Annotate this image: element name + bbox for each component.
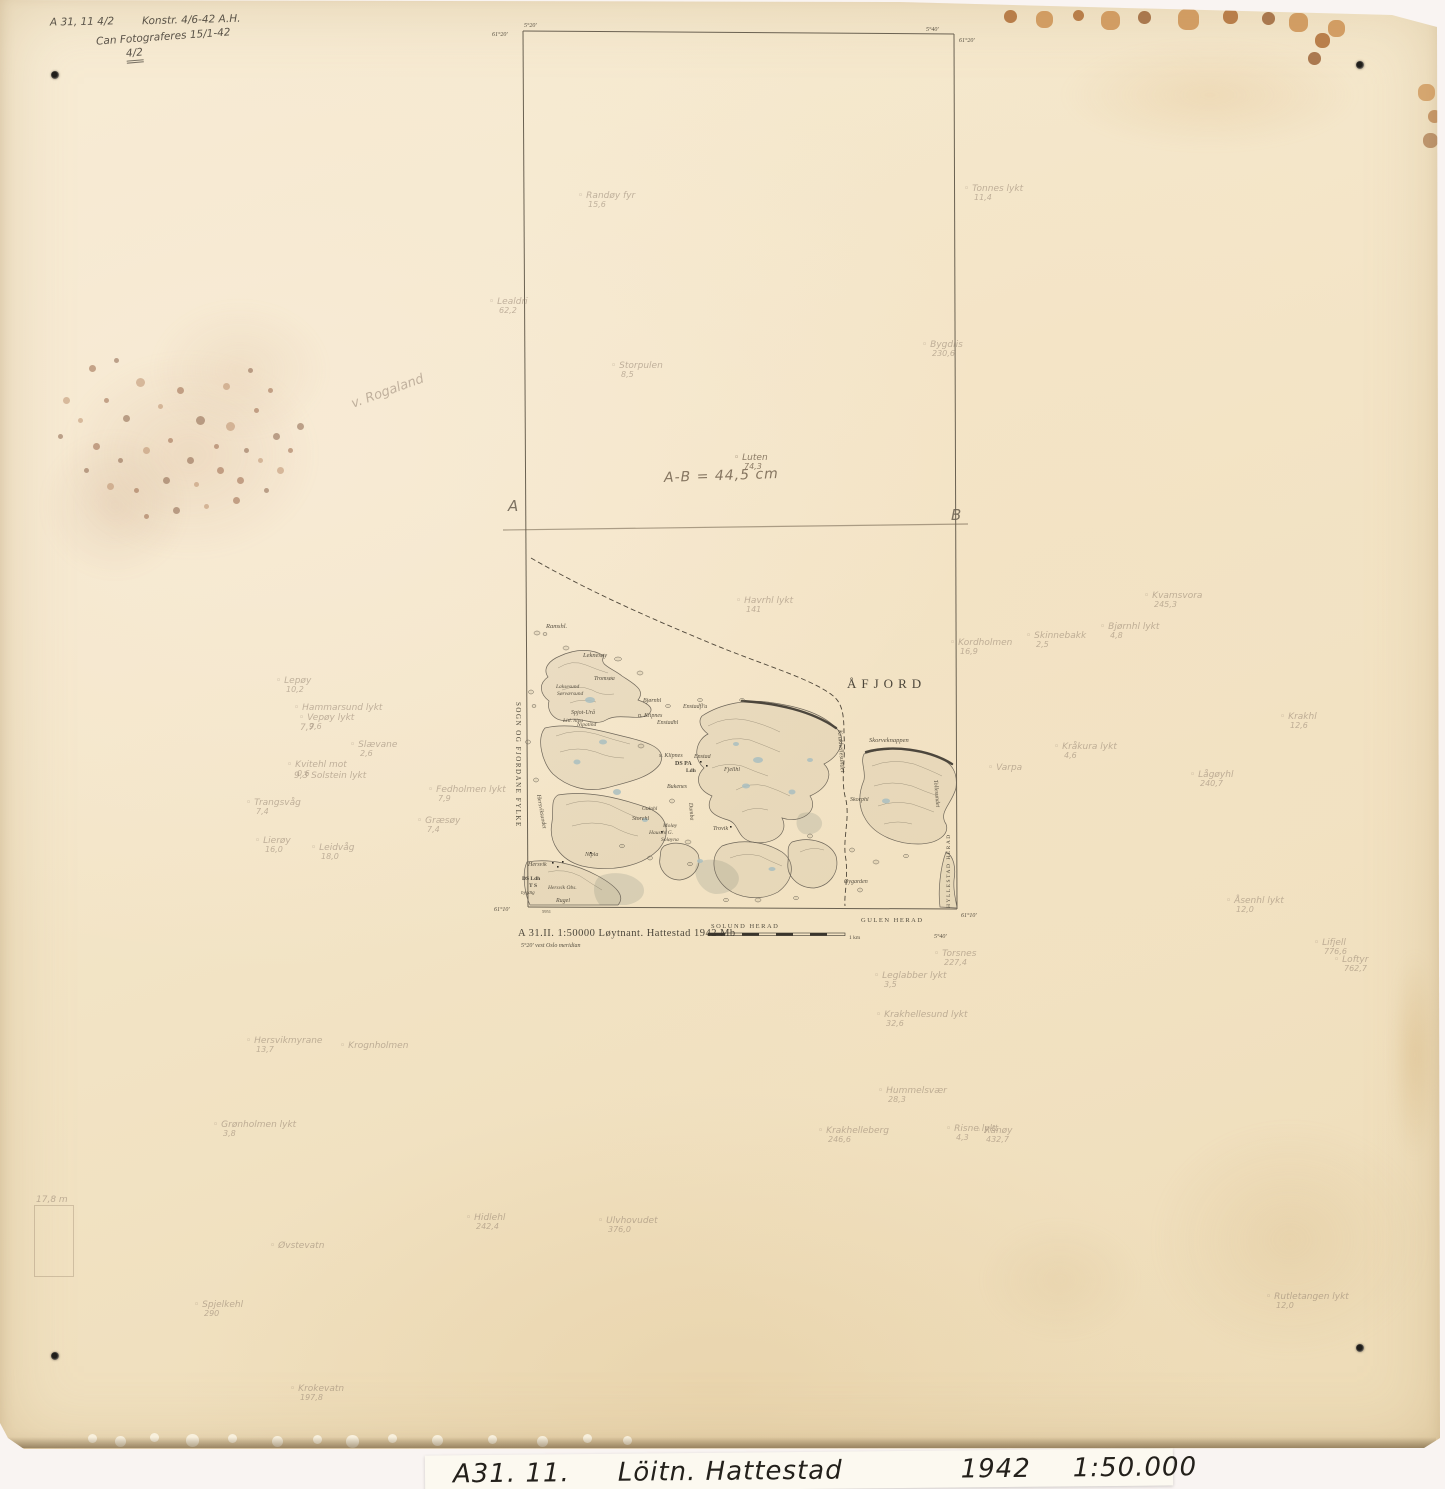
- map-label: Hausthl G.: [648, 830, 673, 836]
- pencil-annotation-value: 10,2: [286, 686, 311, 694]
- pencil-annotation-value: 13,7: [256, 1046, 322, 1054]
- pencil-annotation: ◦ Trangsvåg7,4: [246, 799, 301, 817]
- pencil-annotation-value: 432,7: [986, 1136, 1012, 1144]
- pencil-annotation: ◦ Øvstevatn: [270, 1242, 324, 1251]
- map-label: Soløyna: [661, 837, 679, 843]
- pencil-annotation-value: 141: [746, 606, 793, 614]
- catalog-year: 1942: [960, 1453, 1030, 1484]
- pencil-annotation: ◦ Ulvhovudet376,0: [598, 1217, 658, 1235]
- map-label: Spjot-Urå: [571, 709, 595, 716]
- pencil-annotation-text: ◦ Krognholmen: [340, 1041, 408, 1051]
- pencil-annotation-value: 246,6: [828, 1136, 889, 1144]
- pencil-annotation: ◦ Krokevatn197,8: [290, 1385, 344, 1403]
- pencil-annotation: ◦ Havrhl lykt141: [736, 597, 793, 615]
- pencil-annotation: 7,7: [300, 724, 314, 733]
- pencil-annotation-text: ◦ Storpulen: [611, 361, 663, 371]
- catalog-title: Löitn. Hattestad: [618, 1455, 843, 1487]
- pencil-annotation: ◦ Lierøy16,0: [255, 837, 291, 855]
- pencil-annotation: ◦ Åsenhl lykt12,0: [1226, 897, 1284, 915]
- pencil-annotation-value: 7,4: [256, 808, 301, 816]
- pencil-annotation: ◦ Rånøy432,7: [976, 1127, 1012, 1145]
- pencil-annotation-value: 8,5: [621, 371, 663, 379]
- pencil-annotation: ◦ Lågøyhl240,7: [1190, 771, 1233, 789]
- pencil-annotation-value: 3,5: [884, 981, 947, 989]
- pencil-annotation-text: ◦ Trangsvåg: [246, 798, 301, 808]
- pencil-annotation: ◦ Krognholmen: [340, 1042, 408, 1051]
- pencil-annotation-value: 376,0: [608, 1226, 658, 1234]
- pencil-annotation-text: ◦ Hammarsund lykt: [294, 703, 382, 713]
- pencil-annotation-text: ◦ Randøy fyr: [578, 191, 635, 201]
- pencil-annotation-text: ◦ Varpa: [988, 763, 1022, 773]
- pencil-annotation: ◦ Luten74,3: [734, 454, 768, 472]
- map-label: Storehl: [632, 816, 649, 822]
- map-label: Fjellhl: [723, 767, 740, 773]
- pencil-annotation: ◦ Torsnes227,4: [934, 950, 976, 968]
- map-label: Enstadfl'u: [682, 703, 707, 710]
- pencil-annotation: ◦ Kråkura lykt4,6: [1054, 743, 1117, 761]
- pencil-annotation-value: 230,6: [932, 350, 963, 358]
- pencil-annotation: ◦ Bjørnhl lykt4,8: [1100, 623, 1159, 641]
- ab-pencil-line: [503, 524, 968, 530]
- map-label: Øygarden: [843, 879, 868, 885]
- pencil-annotation-value: 28,3: [888, 1096, 947, 1104]
- pencil-annotation: ◦ Bygdlis230,6: [922, 341, 963, 359]
- map-label: Trovik: [713, 826, 728, 832]
- pencil-annotation-value: 12,0: [1236, 906, 1284, 914]
- map-label: GULEN HERAD: [861, 917, 924, 924]
- map-label: Enstad: [693, 754, 712, 760]
- map-label: 61°20': [492, 31, 508, 38]
- pencil-annotation: ◦ Tonnes lykt11,4: [964, 185, 1023, 203]
- map-label: s. Klipnes: [659, 753, 683, 759]
- map-label: 5°20' vest Oslo meridian: [521, 942, 581, 949]
- map-label: Bjørnhl: [643, 698, 662, 704]
- catalog-label-strip: A31. 11. Löitn. Hattestad 1942 1:50.000: [425, 1448, 1173, 1489]
- map-label: 61°10': [961, 912, 977, 919]
- pencil-annotation: ◦ Hummelsvær28,3: [878, 1087, 947, 1105]
- pencil-annotation-value: 62,2: [499, 307, 528, 315]
- map-label: ÅFJORD: [847, 676, 926, 691]
- pencil-annotation-value: 3,8: [223, 1130, 296, 1138]
- pencil-annotation-value: 11,4: [974, 194, 1023, 202]
- map-label: Gulnhl: [642, 806, 658, 812]
- pencil-annotation-value: 12,6: [1290, 722, 1317, 730]
- pencil-annotation: ◦ Hersvikmyrane13,7: [246, 1037, 322, 1055]
- pencil-annotation-text: ◦ Havrhl lykt: [736, 596, 793, 606]
- map-label: Sørværsund: [557, 691, 584, 697]
- map-label: SOGN OG FJORDANE FYLKE: [514, 702, 522, 828]
- pencil-annotation-text: ◦ Bjørnhl lykt: [1100, 622, 1159, 632]
- pencil-annotation-value: 4,8: [1110, 632, 1159, 640]
- pencil-annotation-text: 9,3 Solstein lykt: [294, 771, 366, 781]
- pencil-annotation-value: 2,6: [360, 750, 397, 758]
- pencil-annotation: ◦ Varpa: [988, 764, 1022, 773]
- pencil-annotation: ◦ Krakhelleberg246,6: [818, 1127, 889, 1145]
- pencil-annotation: ◦ Kvamsvora245,3: [1144, 592, 1202, 610]
- pencil-annotation: ◦ Grønholmen lykt3,8: [213, 1121, 296, 1139]
- map-label: Leknesøy: [582, 652, 607, 659]
- pencil-annotation: ◦ Fedholmen lykt7,9: [428, 786, 506, 804]
- pencil-annotation: ◦ Lepøy10,2: [276, 677, 311, 695]
- pencil-annotation-value: 16,9: [960, 648, 1012, 656]
- pencil-annotation: 17,8 m: [36, 1196, 68, 1205]
- map-label: Rugel: [555, 898, 570, 904]
- pencil-annotation: ◦ Loftyr762,7: [1334, 956, 1368, 974]
- pencil-annotation: ◦ Krakhl12,6: [1280, 713, 1317, 731]
- pencil-annotation: ◦ Kordholmen16,9: [950, 639, 1012, 657]
- pencil-annotation-text: ◦ Vepøy lykt: [299, 713, 354, 723]
- pencil-annotation-value: 18,0: [321, 853, 355, 861]
- pencil-annotation: ◦ Skinnebakk2,5: [1026, 632, 1086, 650]
- map-label: Hersvik: [527, 862, 547, 868]
- map-label: 61°10': [494, 906, 510, 913]
- pencil-annotation: ◦ Lealdri62,2: [489, 298, 528, 316]
- pencil-annotation-text: ◦ Slævane: [350, 740, 397, 750]
- catalog-scale: 1:50.000: [1073, 1452, 1198, 1483]
- pencil-annotation-text: 7,7: [300, 723, 314, 733]
- pencil-annotation-text: ◦ Kvitehl mot: [287, 760, 347, 770]
- pencil-annotation: ◦ Leidvåg18,0: [311, 844, 355, 862]
- map-label: DS PA: [675, 761, 692, 767]
- pencil-annotation-value: 32,6: [886, 1020, 968, 1028]
- map-label: HYLLESTAD HERAD: [946, 833, 952, 908]
- pencil-annotation-value: 15,6: [588, 201, 635, 209]
- pencil-annotation-text: 17,8 m: [36, 1195, 68, 1205]
- pencil-annotation-value: 74,3: [744, 463, 768, 471]
- pencil-annotation-text: ◦ Åsenhl lykt: [1226, 896, 1284, 906]
- pencil-annotation-value: 2,5: [1036, 641, 1086, 649]
- map-label: 5°40': [926, 26, 939, 33]
- pencil-annotation: ◦ Leglabber lykt3,5: [874, 972, 947, 990]
- map-label: 5951: [542, 909, 551, 914]
- pencil-annotation: ◦ Rutletangen lykt12,0: [1266, 1293, 1349, 1311]
- map-label: Enstadhl: [656, 720, 679, 726]
- map-label: Skorveknappen: [869, 737, 909, 744]
- map-label: n. Klipnes: [638, 713, 663, 719]
- pencil-annotation: 9,3 Solstein lykt: [294, 772, 366, 781]
- pencil-annotation-value: 245,3: [1154, 601, 1202, 609]
- pencil-annotation: ◦ Græsøy7,4: [417, 817, 460, 835]
- map-sheet-paper: A 31, 11 4/2 Konstr. 4/6-42 A.H. Can Fot…: [0, 0, 1441, 1450]
- map-label: Tromsøa: [594, 676, 615, 682]
- map-label: DS Ldh: [522, 876, 540, 882]
- pencil-annotation: ◦ Hidlehl242,4: [466, 1214, 505, 1232]
- pencil-annotation: ◦ Spjelkehl290: [194, 1301, 243, 1319]
- pencil-annotation-value: 9,6: [309, 723, 354, 731]
- pencil-annotation-value: 16,0: [265, 846, 291, 854]
- pencil-annotation: ◦ Slævane2,6: [350, 741, 397, 759]
- map-label: Nipatind: [576, 722, 597, 728]
- map-label: Ldh: [686, 768, 696, 774]
- map-label: Skorphl: [850, 797, 869, 803]
- map-label: A 31.II. 1:50000 Løytnant. Hattestad 194…: [518, 928, 736, 939]
- catalog-sheet-number: A31. 11.: [453, 1458, 570, 1489]
- survey-map-canvas: 61°20'5°20'5°40'61°20'ÅFJORDSkorveknappe…: [0, 0, 1445, 1489]
- map-label: Hersvik Obs.: [547, 885, 577, 891]
- pencil-annotation: ◦ Krakhellesund lykt32,6: [876, 1011, 968, 1029]
- map-label: T S: [529, 883, 537, 889]
- map-label: 5°40': [934, 933, 947, 940]
- map-label: Bukenes: [667, 784, 688, 790]
- pencil-annotation-text: ◦ Tonnes lykt: [964, 184, 1023, 194]
- pencil-annotation: ◦ Randøy fyr15,6: [578, 192, 635, 210]
- map-label: 61°20': [959, 37, 975, 44]
- pencil-annotation-value: 227,4: [944, 959, 976, 967]
- pencil-annotation-value: 242,4: [476, 1223, 505, 1231]
- pencil-annotation-value: 7,4: [427, 826, 460, 834]
- map-label: Ramshl.: [545, 623, 568, 630]
- map-label: Hersviksundet: [535, 793, 547, 829]
- pencil-annotation: ◦ Storpulen8,5: [611, 362, 663, 380]
- pencil-annotation-value: 197,8: [300, 1394, 344, 1402]
- map-label: Moløy: [662, 823, 678, 829]
- pencil-annotation-value: 240,7: [1200, 780, 1233, 788]
- pencil-annotation-value: 290: [204, 1310, 243, 1318]
- map-label: 1 km: [849, 935, 861, 941]
- pencil-annotation-value: 762,7: [1344, 965, 1368, 973]
- map-label: 5°20': [524, 22, 537, 29]
- pencil-annotation-value: 4,6: [1064, 752, 1117, 760]
- map-label: Laksesund: [555, 684, 579, 690]
- pencil-annotation-text: ◦ Øvstevatn: [270, 1241, 324, 1251]
- scanned-map-document: A 31, 11 4/2 Konstr. 4/6-42 A.H. Can Fot…: [0, 0, 1445, 1489]
- map-label: bygdlg: [521, 891, 535, 896]
- pencil-annotation-value: 12,0: [1276, 1302, 1349, 1310]
- map-label: Nipla: [584, 852, 598, 858]
- pencil-annotation-value: 7,9: [438, 795, 506, 803]
- map-label: Dumba: [687, 802, 695, 821]
